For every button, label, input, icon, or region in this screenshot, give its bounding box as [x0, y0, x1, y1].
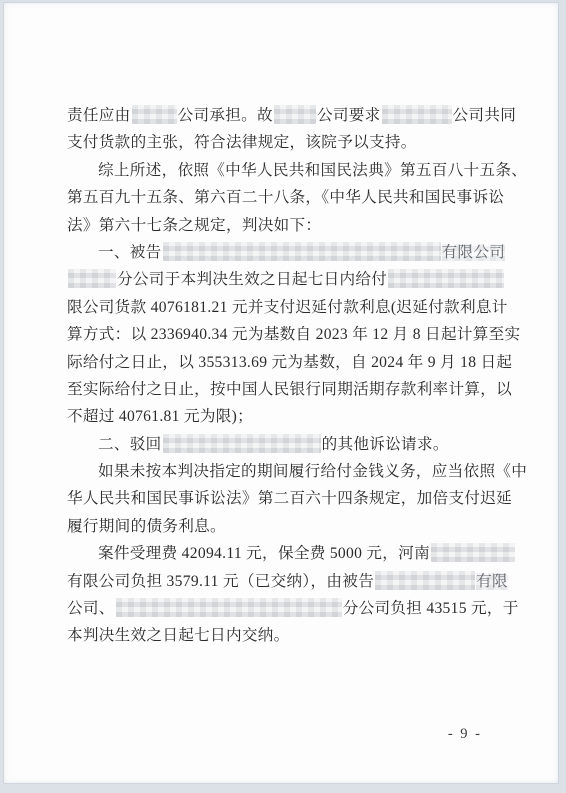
text-line: 责任应由公司承担。故公司要求公司共同: [67, 102, 506, 129]
redaction-block: [163, 242, 441, 261]
redaction-block: [132, 105, 177, 124]
line-text: 华人民共和国民事诉讼法》第二百六十四条规定，加倍支付迟延: [67, 490, 512, 507]
redaction-block: [375, 571, 475, 590]
text-line: 本判决生效之日起七日内交纳。: [67, 622, 506, 649]
line-text: 至实际给付之日止，按中国人民银行同期活期存款利率计算，以: [67, 381, 512, 398]
line-text: 第五百九十五条、第六百二十八条，《中华人民共和国民事诉讼: [67, 189, 504, 206]
line-text: 如果未按本判决指定的期间履行给付金钱义务，应当依照《中: [98, 463, 527, 480]
line-text: 公司要求: [317, 107, 381, 124]
line-text: 算方式：以 2336940.34 元为基数自 2023 年 12 月 8 日起计…: [67, 326, 520, 343]
line-text: 分公司于本判决生效之日起七日内给付: [117, 271, 387, 288]
line-text: 本判决生效之日起七日内交纳。: [67, 627, 290, 644]
line-text: 公司承担。故: [178, 107, 273, 124]
redaction-block: [274, 105, 316, 124]
line-text: 案件受理费 42094.11 元，保全费 5000 元，河南: [98, 545, 430, 562]
line-text: 责任应由: [67, 107, 131, 124]
partially-redacted-text: 有限公司: [442, 244, 506, 261]
text-line: 法》第六十七条之规定，判决如下：: [67, 212, 506, 239]
text-line: 华人民共和国民事诉讼法》第二百六十四条规定，加倍支付迟延: [67, 485, 506, 512]
text-line: 有限公司负担 3579.11 元（已交纳），由被告有限: [67, 568, 506, 595]
text-line: 际给付之日止，以 355313.69 元为基数，自 2024 年 9 月 18 …: [67, 349, 506, 376]
line-text: 限公司货款 4076181.21 元并支付迟延付款利息(迟延付款利息计: [67, 299, 508, 316]
line-text: 综上所述，依照《中华人民共和国民法典》第五百八十五条、: [98, 162, 527, 179]
line-text: 不超过 40761.81 元为限)；: [67, 408, 253, 425]
text-line: 支付货款的主张，符合法律规定，该院予以支持。: [67, 129, 506, 156]
text-line: 公司、分公司负担 43515 元，于: [67, 595, 506, 622]
text-line: 不超过 40761.81 元为限)；: [67, 403, 506, 430]
text-line: 一、被告有限公司: [67, 239, 506, 266]
line-text: 一、被告: [98, 244, 162, 261]
text-line: 如果未按本判决指定的期间履行给付金钱义务，应当依照《中: [67, 458, 506, 485]
redaction-block: [68, 269, 116, 288]
text-line: 算方式：以 2336940.34 元为基数自 2023 年 12 月 8 日起计…: [67, 321, 506, 348]
text-line: 履行期间的债务利息。: [67, 513, 506, 540]
line-text: 际给付之日止，以 355313.69 元为基数，自 2024 年 9 月 18 …: [67, 354, 512, 371]
page-number: - 9 -: [448, 726, 482, 743]
partially-redacted-text: 有限: [476, 573, 508, 590]
redaction-block: [388, 269, 504, 288]
text-line: 二、驳回的其他诉讼请求。: [67, 431, 506, 458]
line-text: 有限公司负担 3579.11 元（已交纳），由被告: [67, 573, 374, 590]
redaction-block: [382, 105, 452, 124]
scanned-document-page: 责任应由公司承担。故公司要求公司共同支付货款的主张，符合法律规定，该院予以支持。…: [3, 2, 559, 784]
text-line: 案件受理费 42094.11 元，保全费 5000 元，河南: [67, 540, 506, 567]
line-text: 支付货款的主张，符合法律规定，该院予以支持。: [67, 134, 417, 151]
line-text: 二、驳回: [98, 436, 162, 453]
line-text: 公司共同: [453, 107, 517, 124]
text-line: 限公司货款 4076181.21 元并支付迟延付款利息(迟延付款利息计: [67, 294, 506, 321]
text-line: 第五百九十五条、第六百二十八条，《中华人民共和国民事诉讼: [67, 184, 506, 211]
line-text: 公司、: [67, 600, 115, 617]
line-text: 分公司负担 43515 元，于: [343, 600, 519, 617]
text-line: 至实际给付之日止，按中国人民银行同期活期存款利率计算，以: [67, 376, 506, 403]
line-text: 的其他诉讼请求。: [322, 436, 449, 453]
redaction-block: [431, 543, 515, 562]
redaction-block: [116, 598, 342, 617]
screenshot-canvas: 责任应由公司承担。故公司要求公司共同支付货款的主张，符合法律规定，该院予以支持。…: [0, 0, 566, 793]
judgment-text-block: 责任应由公司承担。故公司要求公司共同支付货款的主张，符合法律规定，该院予以支持。…: [67, 102, 506, 650]
text-line: 分公司于本判决生效之日起七日内给付: [67, 266, 506, 293]
line-text: 履行期间的债务利息。: [67, 518, 226, 535]
line-text: 法》第六十七条之规定，判决如下：: [67, 217, 321, 234]
redaction-block: [163, 434, 321, 453]
text-line: 综上所述，依照《中华人民共和国民法典》第五百八十五条、: [67, 157, 506, 184]
